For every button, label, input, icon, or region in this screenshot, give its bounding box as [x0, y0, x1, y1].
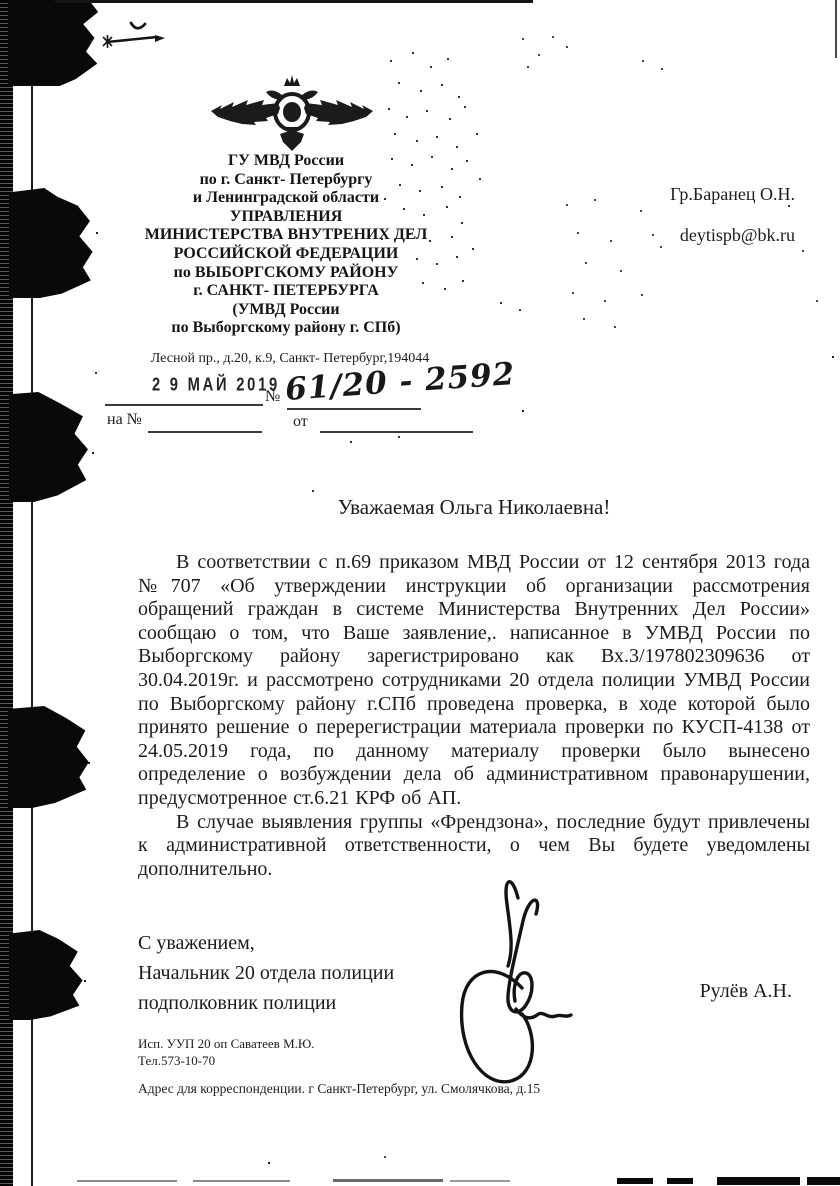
scan-top-edge-line	[55, 0, 533, 3]
ref-from-underline	[320, 431, 473, 433]
correspondence-address-line: Адрес для корреспонденции. г Санкт-Петер…	[138, 1081, 540, 1097]
ref-from-label: от	[293, 413, 308, 431]
body-paragraph-1: В соответствии с п.69 приказом МВД Росси…	[138, 551, 810, 811]
date-stamp: 2 9 МАЙ 2019	[152, 375, 280, 396]
signoff-position-1: Начальник 20 отдела полиции	[138, 958, 394, 988]
org-line: по ВЫБОРГСКОМУ РАЙОНУ	[135, 264, 437, 283]
scan-bottom-bar	[717, 1177, 800, 1185]
org-line: и Ленинградской области	[135, 189, 437, 208]
handwritten-signature	[452, 868, 584, 1090]
org-line: по Выборгскому району г. СПб)	[135, 319, 437, 338]
salutation: Уважаемая Ольга Николаевна!	[138, 495, 810, 520]
ref-number-underline	[148, 431, 262, 433]
scan-artifact-blob	[9, 188, 97, 298]
scan-bottom-bar	[77, 1180, 177, 1182]
scan-noise-speckles	[0, 0, 2, 2]
scan-artifact-blob	[8, 0, 102, 86]
scan-bottom-bar	[807, 1177, 840, 1185]
scan-bottom-bar	[333, 1179, 443, 1182]
scan-bottom-bar	[617, 1178, 653, 1184]
org-line: по г. Санкт- Петербургу	[135, 171, 437, 190]
scanned-letter-page: ГУ МВД России по г. Санкт- Петербургу и …	[0, 0, 840, 1186]
org-line: РОССИЙСКОЙ ФЕДЕРАЦИИ	[135, 245, 437, 264]
signoff-position-2: подполковник полиции	[138, 988, 394, 1018]
pen-mark-arrow	[95, 16, 180, 50]
org-line: ГУ МВД России	[135, 152, 437, 171]
recipient-email: deytispb@bk.ru	[560, 225, 795, 246]
ref-number-label: на №	[107, 411, 142, 429]
scan-right-edge-line	[835, 0, 837, 58]
scan-bottom-bar	[193, 1180, 290, 1182]
date-underline	[105, 404, 263, 406]
mvd-eagle-emblem-icon	[208, 74, 376, 152]
org-line: (УМВД России	[135, 301, 437, 320]
scan-artifact-blob	[9, 930, 89, 1020]
org-line: г. САНКТ- ПЕТЕРБУРГА	[135, 282, 437, 301]
letter-body: В соответствии с п.69 приказом МВД Росси…	[138, 551, 810, 881]
number-sign-label: №	[265, 388, 280, 406]
org-line: УПРАВЛЕНИЯ	[135, 208, 437, 227]
number-underline	[287, 408, 421, 410]
scan-artifact-blob	[8, 706, 94, 808]
phone-line: Тел.573-10-70	[138, 1053, 215, 1069]
recipient-name: Гр.Баранец О.Н.	[560, 184, 795, 205]
executor-line: Исп. УУП 20 оп Саватеев М.Ю.	[138, 1036, 315, 1052]
signoff-block: С уважением, Начальник 20 отдела полиции…	[138, 928, 394, 1018]
org-line: МИНИСТЕРСТВА ВНУТРЕНИХ ДЕЛ	[135, 226, 437, 245]
scan-artifact-blob	[9, 392, 93, 502]
letterhead-org-block: ГУ МВД России по г. Санкт- Петербургу и …	[135, 152, 437, 338]
signoff-closing: С уважением,	[138, 928, 394, 958]
scan-bottom-bar	[667, 1178, 693, 1184]
signer-name: Рулёв А.Н.	[620, 980, 792, 1003]
scan-bottom-bar	[450, 1180, 510, 1182]
